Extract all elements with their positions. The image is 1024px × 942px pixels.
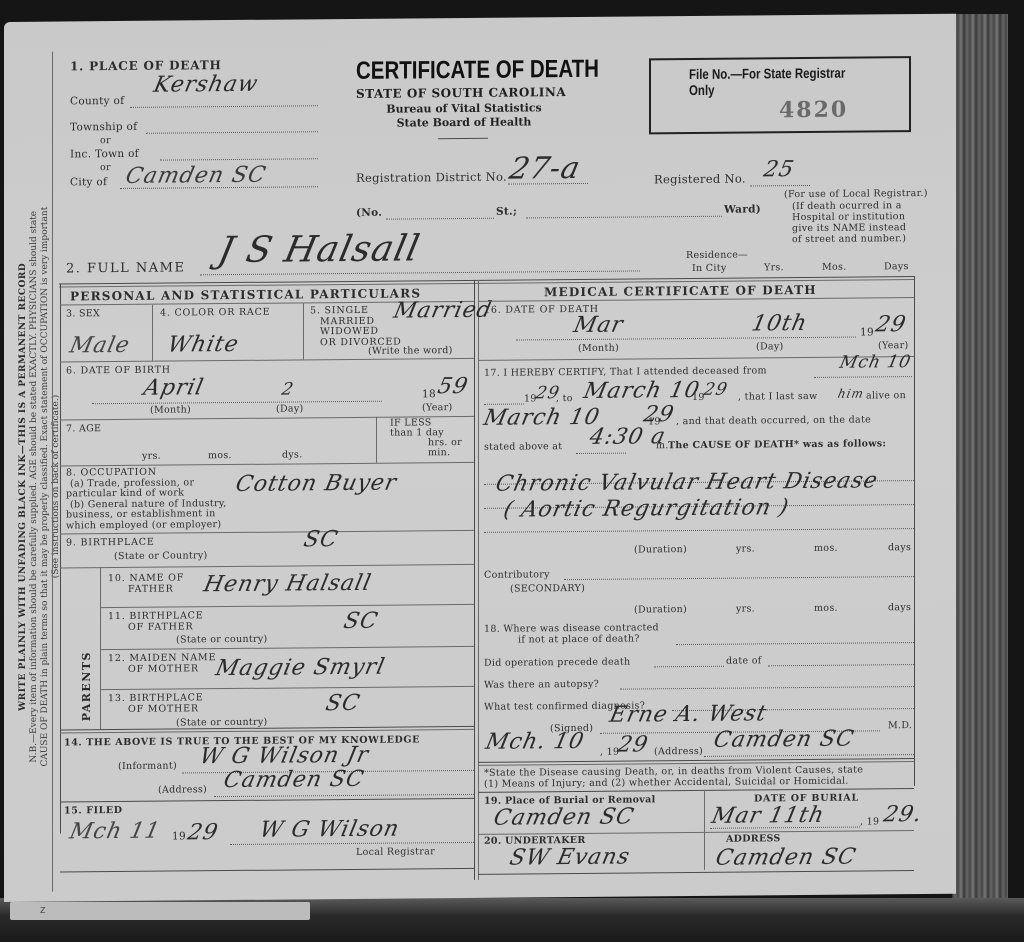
last-saw-text: , that I last saw xyxy=(738,391,817,403)
full-name-line xyxy=(200,270,640,275)
last-alive-value: March 10 xyxy=(481,405,602,431)
rule xyxy=(478,830,914,835)
dob-day-hint: (Day) xyxy=(276,403,304,414)
rule xyxy=(303,303,304,359)
death-certificate-page: WRITE PLAINLY WITH UNFADING BLACK INK—TH… xyxy=(4,14,956,902)
residence-yrs-label: Yrs. xyxy=(764,262,784,273)
file-box-header: File No.—For State Registrar Only xyxy=(689,64,869,98)
autopsy-line xyxy=(620,686,914,690)
book-page-edges xyxy=(952,14,1008,899)
full-name-label: 2. FULL NAME xyxy=(66,260,185,276)
rule xyxy=(60,462,474,467)
certification-year: 29 xyxy=(615,732,650,757)
registered-line xyxy=(750,185,810,187)
center-divider-double xyxy=(478,280,479,880)
left-frame xyxy=(60,284,61,834)
cause-footnote: *State the Disease causing Death, or, in… xyxy=(484,765,863,790)
father-birthplace-value: SC xyxy=(341,609,380,634)
father-label-line: FATHER xyxy=(108,583,184,595)
registered-no-value: 25 xyxy=(761,157,796,182)
residence-in-city-label: In City xyxy=(692,263,726,274)
duration-days: days xyxy=(888,542,911,553)
time-line xyxy=(576,453,626,454)
city-value: Camden SC xyxy=(123,163,268,189)
disease-contracted-line xyxy=(676,642,914,645)
burial-year-prefix: , 19 xyxy=(860,816,879,827)
death-year-prefix: 19 xyxy=(860,326,874,338)
mother-label-line: OF MOTHER xyxy=(108,663,216,675)
local-registrar-note: (For use of Local Registrar.) xyxy=(784,188,928,200)
right-frame xyxy=(914,276,915,786)
death-day-hint: (Day) xyxy=(756,341,784,352)
death-month-hint: (Month) xyxy=(578,343,619,354)
registration-district-value: 27-a xyxy=(506,151,584,187)
mother-label-line: 12. MAIDEN NAME xyxy=(108,652,216,664)
informant-address-label: (Address) xyxy=(158,784,207,795)
filed-label: 15. FILED xyxy=(64,805,123,817)
operation-date-label: date of xyxy=(726,655,762,666)
margin-note-line-1: N.B.—Every item of information should be… xyxy=(29,72,40,902)
operation-label: Did operation precede death xyxy=(484,657,630,669)
dob-month-value: April xyxy=(141,375,206,401)
am-suffix: m. xyxy=(656,440,669,451)
father-birthplace-label: 11. BIRTHPLACE OF FATHER xyxy=(108,610,203,633)
undertaker-address-value: Camden SC xyxy=(713,845,858,871)
or-text: or xyxy=(100,135,111,146)
undertaker-value: SW Evans xyxy=(507,845,632,871)
burial-year-value: 29. xyxy=(881,802,924,827)
age-label: 7. AGE xyxy=(66,423,101,434)
father-birthplace-hint: (State or country) xyxy=(176,634,268,646)
stated-above-text: stated above at xyxy=(484,441,562,453)
alive-on-text: alive on xyxy=(866,390,906,401)
occupation-value: Cotton Buyer xyxy=(233,471,399,497)
to-year-value: 29 xyxy=(702,380,730,400)
informant-address-line xyxy=(214,794,474,797)
county-value: Kershaw xyxy=(151,72,260,98)
age-mos-label: mos. xyxy=(208,450,232,461)
duration-label-2: (Duration) xyxy=(634,604,687,615)
father-label-line: 10. NAME OF xyxy=(108,572,184,584)
county-line xyxy=(130,105,318,108)
mother-bp-line: 13. BIRTHPLACE xyxy=(108,692,203,704)
birthplace-label: 9. BIRTHPLACE xyxy=(66,537,155,549)
file-number: 4820 xyxy=(779,97,848,124)
if-less-than-day: IF LESS than 1 day hrs. or min. xyxy=(390,418,462,459)
contributory-label: Contributory xyxy=(484,569,550,581)
occupation-hint: which employed (or employer) xyxy=(66,520,227,532)
rule xyxy=(100,604,474,608)
dob-day-value: 2 xyxy=(280,379,296,399)
local-registrar-signature: W G Wilson xyxy=(257,817,402,843)
center-divider xyxy=(474,280,475,880)
marital-status-label: 5. SINGLE MARRIED WIDOWED OR DIVORCED xyxy=(310,306,402,349)
street-no-label: (No. xyxy=(356,207,382,219)
title-divider xyxy=(438,138,488,139)
street-line xyxy=(526,216,722,219)
rule xyxy=(60,358,474,363)
local-registrar-label: Local Registrar xyxy=(356,846,435,858)
birthplace-hint: (State or Country) xyxy=(114,550,208,562)
race-label: 4. COLOR OR RACE xyxy=(160,307,270,319)
undertaker-address-label: ADDRESS xyxy=(726,833,781,844)
physician-address-value: Camden SC xyxy=(711,727,856,753)
rule xyxy=(60,868,474,873)
state-registrar-file-box: File No.—For State Registrar Only 4820 xyxy=(649,56,911,134)
rule xyxy=(60,564,474,569)
state-name: STATE OF SOUTH CAROLINA xyxy=(356,85,566,101)
duration-yrs: yrs. xyxy=(736,543,755,554)
cause-of-death-primary: Chronic Valvular Heart Disease xyxy=(493,468,880,496)
occupation-label-block: 8. OCCUPATION (a) Trade, profession, or … xyxy=(66,467,227,531)
age-dys-label: dys. xyxy=(282,449,303,460)
parents-section-label: PARENTS xyxy=(80,651,93,721)
sex-label: 3. SEX xyxy=(66,308,100,319)
rule xyxy=(376,417,377,463)
md-suffix: M.D. xyxy=(888,720,912,731)
rule xyxy=(152,305,153,361)
sex-value: Male xyxy=(67,333,132,359)
medical-section-header: MEDICAL CERTIFICATE OF DEATH xyxy=(544,283,817,299)
father-bp-line: 11. BIRTHPLACE xyxy=(108,610,203,622)
ink-warning: WRITE PLAINLY WITH UNFADING BLACK INK—TH… xyxy=(18,72,29,902)
footnote-line: (1) Means of Injury; and (2) whether Acc… xyxy=(484,776,863,790)
burial-date-value: Mar 11th xyxy=(709,803,826,829)
inc-town-line xyxy=(160,158,318,160)
residence-mos-label: Mos. xyxy=(822,262,847,273)
bureau-name: Bureau of Vital Statistics xyxy=(364,101,564,116)
dob-year-value: 59 xyxy=(435,374,470,399)
dob-year-prefix: 18 xyxy=(422,388,436,400)
mother-birthplace-label: 13. BIRTHPLACE OF MOTHER xyxy=(108,692,203,715)
certify-statement: 17. I HEREBY CERTIFY, That I attended de… xyxy=(484,365,767,378)
informant-value: W G Wilson Jr xyxy=(197,743,371,770)
duration-mos: mos. xyxy=(814,543,838,554)
rule xyxy=(478,870,914,875)
age-yrs-label: yrs. xyxy=(142,451,161,462)
margin-instructions: WRITE PLAINLY WITH UNFADING BLACK INK—TH… xyxy=(18,71,62,901)
attended-to-value: March 10 xyxy=(581,378,702,404)
father-name-value: Henry Halsall xyxy=(201,571,373,598)
attended-from-value: Mch 10 xyxy=(838,352,913,373)
physician-address-line xyxy=(704,754,914,757)
death-day-value: 10th xyxy=(749,311,809,337)
rule xyxy=(60,798,474,803)
autopsy-label: Was there an autopsy? xyxy=(484,679,599,691)
operation-date-line xyxy=(768,664,914,666)
cause-of-death-intro: The CAUSE OF DEATH* was as follows: xyxy=(668,438,886,451)
informant-label: (Informant) xyxy=(118,760,177,772)
full-name-value: J S Halsall xyxy=(215,228,424,271)
street-no-line xyxy=(386,218,494,220)
death-year-hint: (Year) xyxy=(878,340,909,351)
duration-days-2: days xyxy=(888,602,911,613)
operation-line xyxy=(654,666,724,668)
filed-year-prefix: 19 xyxy=(172,830,186,842)
physician-signature: Erne A. West xyxy=(607,701,769,727)
duration-yrs-2: yrs. xyxy=(736,603,755,614)
birthplace-value: SC xyxy=(301,527,340,552)
if-less-line: min. xyxy=(390,448,462,459)
father-name-label: 10. NAME OF FATHER xyxy=(108,572,184,595)
county-label: County of xyxy=(70,95,124,107)
death-month-value: Mar xyxy=(571,313,625,338)
cause-of-death-detail: ( Aortic Regurgitation ) xyxy=(501,495,791,523)
disease-contracted-label-2: if not at place of death? xyxy=(518,633,640,645)
cause-line-3 xyxy=(484,528,914,533)
rule xyxy=(100,646,474,650)
registered-no-label: Registered No. xyxy=(654,172,746,187)
dob-label: 6. DATE OF BIRTH xyxy=(66,365,171,377)
father-bp-line: OF FATHER xyxy=(108,621,203,633)
margin-note-line-2: CAUSE OF DEATH in plain terms so that it… xyxy=(40,72,51,902)
mother-maiden-name-value: Maggie Smyrl xyxy=(213,655,387,682)
township-line xyxy=(146,131,318,134)
date-of-death-line xyxy=(516,337,856,341)
or-text: or xyxy=(100,162,111,173)
burial-place-value: Camden SC xyxy=(491,804,636,830)
to-label: , to xyxy=(556,393,573,404)
contributory-line xyxy=(564,576,914,580)
secondary-label: (SECONDARY) xyxy=(510,583,585,595)
registration-district-label: Registration District No. xyxy=(356,170,507,185)
filed-date-value: Mch 11 xyxy=(67,819,162,845)
attended-from-line xyxy=(814,376,912,378)
dob-line xyxy=(92,401,382,405)
death-occurred-text: , and that death occurred, on the date xyxy=(676,414,871,427)
mother-birthplace-hint: (State or country) xyxy=(176,717,268,729)
death-year-value: 29 xyxy=(873,312,908,337)
street-label: St.; xyxy=(496,206,517,218)
if-less-line: hrs. or xyxy=(390,438,462,449)
ward-label: Ward) xyxy=(724,203,761,215)
rule xyxy=(704,790,705,870)
mother-birthplace-value: SC xyxy=(323,691,362,716)
residence-label: Residence— xyxy=(686,250,748,262)
left-margin-rule xyxy=(52,52,53,892)
duration-mos-2: mos. xyxy=(814,603,838,614)
certification-date: Mch. 10 xyxy=(483,729,586,755)
township-label: Township of xyxy=(70,121,137,134)
mother-bp-line: OF MOTHER xyxy=(108,703,203,715)
informant-address-value: Camden SC xyxy=(221,767,366,793)
race-value: White xyxy=(165,332,241,358)
filed-year-value: 29 xyxy=(185,820,220,845)
rule xyxy=(100,686,474,690)
physician-address-label: (Address) xyxy=(654,746,703,757)
place-of-death-label: 1. PLACE OF DEATH xyxy=(70,58,222,73)
hospital-note: (If death ocurred in a Hospital or insti… xyxy=(792,200,912,245)
duration-label: (Duration) xyxy=(634,544,687,555)
mother-maiden-name-label: 12. MAIDEN NAME OF MOTHER xyxy=(108,652,216,675)
certificate-title: CERTIFICATE OF DEATH xyxy=(356,55,599,86)
city-label: City of xyxy=(70,176,107,188)
residence-days-label: Days xyxy=(884,261,909,272)
board-name: State Board of Health xyxy=(364,115,564,130)
inc-town-label: Inc. Town of xyxy=(70,148,139,161)
marital-hint: (Write the word) xyxy=(368,345,453,357)
last-saw-pronoun: him xyxy=(837,386,866,400)
next-page-fragment: Z xyxy=(10,902,310,920)
dob-year-hint: (Year) xyxy=(422,402,453,413)
dob-month-hint: (Month) xyxy=(150,404,191,415)
